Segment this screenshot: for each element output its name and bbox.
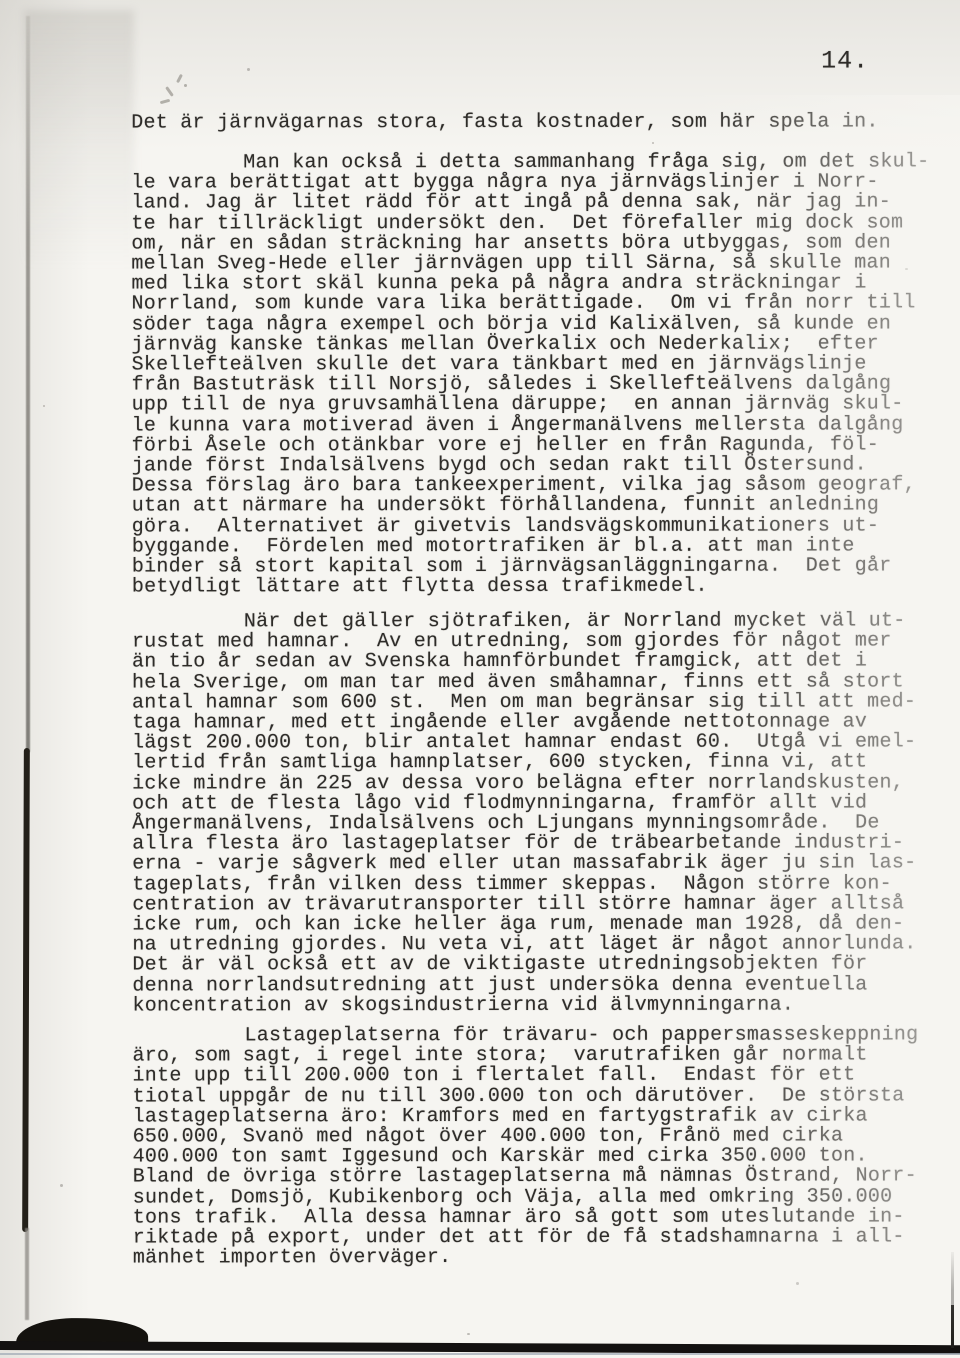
intro-line: Det är järnvägarnas stora, fasta kostnad… [131,112,931,133]
scanned-document-page: 14. Det är järnvägarnas stora, fasta kos… [0,0,960,1358]
page-number: 14. [821,51,869,71]
paragraph-loading-places: Lastageplatserna för trävaru- och papper… [132,1025,932,1269]
paragraph-railways: Man kan också i detta sammanhang fråga s… [131,152,932,598]
paragraph-sea-traffic: När det gäller sjötrafiken, är Norrland … [132,611,933,1016]
document-text-layer: 14. Det är järnvägarnas stora, fasta kos… [0,0,960,1358]
